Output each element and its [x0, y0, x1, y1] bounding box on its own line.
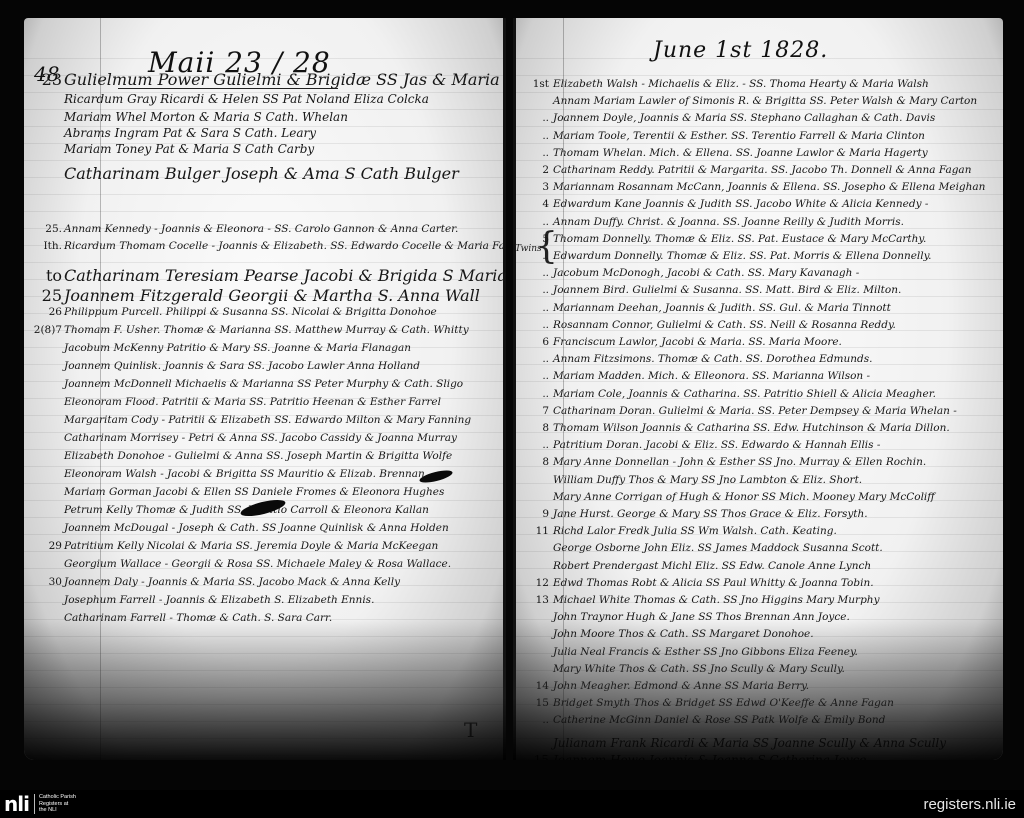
entry-text: Joannem McDougal - Joseph & Cath. SS Joa…	[64, 522, 449, 534]
entry-text: Thomam F. Usher. Thomæ & Marianna SS. Ma…	[64, 324, 469, 336]
entry-text: Elizabeth Walsh - Michaelis & Eliz. - SS…	[553, 78, 929, 90]
entry-text: Julia Neal Francis & Esther SS Jno Gibbo…	[553, 646, 858, 658]
register-entry: 29Patritium Kelly Nicolai & Maria SS. Je…	[24, 540, 506, 560]
entry-text: Joannem Daly - Joannis & Maria SS. Jacob…	[64, 576, 400, 588]
entry-text: Edwardum Kane Joannis & Judith SS. Jacob…	[553, 198, 928, 210]
entry-text: Catharinam Farrell - Thomæ & Cath. S. Sa…	[64, 612, 332, 624]
register-entry: 8Thomam Wilson Joannis & Catharina SS. E…	[513, 422, 1003, 440]
register-entry: George Osborne John Eliz. SS James Maddo…	[513, 542, 1003, 560]
entry-day-number: 13	[519, 594, 549, 606]
register-entry: Julianam Frank Ricardi & Maria SS Joanne…	[513, 736, 1003, 754]
entry-text: Catharinam Teresiam Pearse Jacobi & Brig…	[64, 266, 506, 285]
entry-text: Ricardum Thomam Cocelle - Joannis & Eliz…	[64, 240, 506, 252]
entry-text: Ricardum Gray Ricardi & Helen SS Pat Nol…	[64, 92, 429, 106]
entry-text: Annam Fitzsimons. Thomæ & Cath. SS. Doro…	[553, 353, 873, 365]
register-entry: 26Philippum Purcell. Philippi & Susanna …	[24, 306, 506, 326]
register-entry: Julia Neal Francis & Esther SS Jno Gibbo…	[513, 646, 1003, 664]
register-entry: Mary Anne Corrigan of Hugh & Honor SS Mi…	[513, 491, 1003, 509]
entry-text: Elizabeth Donohoe - Gulielmi & Anna SS. …	[64, 450, 452, 462]
entry-day-number: ..	[519, 112, 549, 124]
entry-day-number: 25.	[28, 223, 62, 235]
register-entry: Jacobum McKenny Patritio & Mary SS. Joan…	[24, 342, 506, 362]
entry-text: Mariam Gorman Jacobi & Ellen SS Daniele …	[64, 486, 444, 498]
register-entry: 13Michael White Thomas & Cath. SS Jno Hi…	[513, 594, 1003, 612]
entry-day-number: 1st	[519, 78, 549, 90]
entry-day-number: 14	[519, 680, 549, 692]
register-entry: ..Mariam Toole, Terentii & Esther. SS. T…	[513, 130, 1003, 148]
entry-text: John Traynor Hugh & Jane SS Thos Brennan…	[553, 611, 850, 623]
entry-text: Joannem Fitzgerald Georgii & Martha S. A…	[64, 286, 480, 305]
entry-day-number: Ith.	[28, 240, 62, 252]
entry-day-number: 8	[519, 456, 549, 468]
entry-day-number: ..	[519, 714, 549, 726]
entry-text: John Meagher. Edmond & Anne SS Maria Ber…	[553, 680, 809, 692]
entry-day-number: 2(8)7	[28, 324, 62, 336]
register-entry: ..Mariannam Deehan, Joannis & Judith. SS…	[513, 302, 1003, 320]
entry-day-number: 9	[519, 508, 549, 520]
entry-day-number: ..	[519, 370, 549, 382]
register-entry: 5Thomam Donnelly. Thomæ & Eliz. SS. Pat.…	[513, 233, 1003, 251]
entry-day-number: 25	[28, 286, 62, 305]
entry-text: Catherine McGinn Daniel & Rose SS Patk W…	[553, 714, 885, 726]
entry-text: George Osborne John Eliz. SS James Maddo…	[553, 542, 883, 554]
brand-name: Catholic Parish Registers at the NLI	[39, 794, 99, 814]
ruled-line	[24, 194, 506, 195]
entry-day-number: 2	[519, 164, 549, 176]
register-entry: Ith.Ricardum Thomam Cocelle - Joannis & …	[24, 240, 506, 260]
entry-text: Richd Lalor Fredk Julia SS Wm Walsh. Cat…	[553, 525, 837, 537]
register-entry: ..Thomam Whelan. Mich. & Ellena. SS. Joa…	[513, 147, 1003, 165]
entry-text: Mariannam Rosannam McCann, Joannis & Ell…	[553, 181, 985, 193]
entry-day-number: ..	[519, 267, 549, 279]
entry-text: John Moore Thos & Cath. SS Margaret Dono…	[553, 628, 814, 640]
pencil-mark: T	[464, 718, 477, 742]
register-entry: ..Annam Fitzsimons. Thomæ & Cath. SS. Do…	[513, 353, 1003, 371]
register-entry: John Moore Thos & Cath. SS Margaret Dono…	[513, 628, 1003, 646]
entry-text: Margaritam Cody - Patritii & Elizabeth S…	[64, 414, 471, 426]
nli-brand[interactable]: nli Catholic Parish Registers at the NLI	[0, 790, 99, 818]
register-entry: 3Mariannam Rosannam McCann, Joannis & El…	[513, 181, 1003, 199]
ruled-line	[24, 687, 506, 688]
register-entry: Catharinam Farrell - Thomæ & Cath. S. Sa…	[24, 612, 506, 632]
entry-text: Jacobum McDonogh, Jacobi & Cath. SS. Mar…	[553, 267, 859, 279]
entry-text: Joannem Howe Joannis & Joanna S Catherin…	[553, 753, 866, 760]
entry-text: Mariam Cole, Joannis & Catharina. SS. Pa…	[553, 388, 936, 400]
entry-text: Thomam Wilson Joannis & Catharina SS. Ed…	[553, 422, 950, 434]
register-entry: Elizabeth Donohoe - Gulielmi & Anna SS. …	[24, 450, 506, 470]
ruled-line	[24, 755, 506, 756]
entry-text: Joannem Bird. Gulielmi & Susanna. SS. Ma…	[553, 284, 901, 296]
entry-text: Catharinam Morrisey - Petri & Anna SS. J…	[64, 432, 457, 444]
register-page-right: June 1st 1828. Twins { 1stElizabeth Wals…	[513, 18, 1003, 760]
register-entry: toCatharinam Teresiam Pearse Jacobi & Br…	[24, 266, 506, 286]
ruled-line	[24, 704, 506, 705]
register-entry: 6Franciscum Lawlor, Jacobi & Maria. SS. …	[513, 336, 1003, 354]
entry-text: Mary Anne Donnellan - John & Esther SS J…	[553, 456, 926, 468]
ruled-line	[24, 721, 506, 722]
entry-text: Mariannam Deehan, Joannis & Judith. SS. …	[553, 302, 891, 314]
register-entry: 30Joannem Daly - Joannis & Maria SS. Jac…	[24, 576, 506, 596]
register-entry: ..Annam Duffy. Christ. & Joanna. SS. Joa…	[513, 216, 1003, 234]
register-entry: 15Bridget Smyth Thos & Bridget SS Edwd O…	[513, 697, 1003, 715]
register-entry: ..Joannem Doyle, Joannis & Maria SS. Ste…	[513, 112, 1003, 130]
entry-day-number: ..	[519, 250, 549, 262]
entry-day-number: ..	[519, 439, 549, 451]
entry-text: Joannem Doyle, Joannis & Maria SS. Steph…	[553, 112, 935, 124]
page-heading-date: June 1st 1828.	[653, 38, 828, 63]
entry-day-number: 23	[28, 70, 62, 89]
register-entry: 2Catharinam Reddy. Patritii & Margarita.…	[513, 164, 1003, 182]
entry-day-number: 5	[519, 233, 549, 245]
register-entry: 12Edwd Thomas Robt & Alicia SS Paul Whit…	[513, 577, 1003, 595]
register-entry: 11Richd Lalor Fredk Julia SS Wm Walsh. C…	[513, 525, 1003, 543]
register-entry: Mary White Thos & Cath. SS Jno Scully & …	[513, 663, 1003, 681]
entry-text: Rosannam Connor, Gulielmi & Cath. SS. Ne…	[553, 319, 896, 331]
register-entry: Josephum Farrell - Joannis & Elizabeth S…	[24, 594, 506, 614]
entry-text: Thomam Whelan. Mich. & Ellena. SS. Joann…	[553, 147, 928, 159]
ruled-line	[24, 262, 506, 263]
entry-text: Catharinam Doran. Gulielmi & Maria. SS. …	[553, 405, 957, 417]
register-entry: ..Patritium Doran. Jacobi & Eliz. SS. Ed…	[513, 439, 1003, 457]
entry-text: Jane Hurst. George & Mary SS Thos Grace …	[553, 508, 868, 520]
entry-text: Jacobum McKenny Patritio & Mary SS. Joan…	[64, 342, 411, 354]
entry-text: Thomam Donnelly. Thomæ & Eliz. SS. Pat. …	[553, 233, 926, 245]
entry-day-number: 4	[519, 198, 549, 210]
entry-text: Patritium Kelly Nicolai & Maria SS. Jere…	[64, 540, 438, 552]
register-entry: Mariam Toney Pat & Maria S Cath Carby	[24, 142, 506, 162]
register-entry: Joannem McDougal - Joseph & Cath. SS Joa…	[24, 522, 506, 542]
entry-day-number: ..	[519, 319, 549, 331]
entry-text: Catharinam Bulger Joseph & Ama S Cath Bu…	[64, 164, 459, 183]
entry-day-number: ..	[519, 147, 549, 159]
entry-day-number: 15	[519, 753, 549, 760]
entry-day-number: 15	[519, 697, 549, 709]
entry-day-number: 8	[519, 422, 549, 434]
entry-text: Joannem McDonnell Michaelis & Marianna S…	[64, 378, 463, 390]
entry-text: Gulielmum Power Gulielmi & Brigidæ SS Ja…	[64, 70, 506, 89]
site-url-link[interactable]: registers.nli.ie	[923, 796, 1024, 813]
register-entry: 4Edwardum Kane Joannis & Judith SS. Jaco…	[513, 198, 1003, 216]
entry-day-number: ..	[519, 302, 549, 314]
register-entry: Catharinam Morrisey - Petri & Anna SS. J…	[24, 432, 506, 452]
entry-day-number: 11	[519, 525, 549, 537]
entry-day-number: 12	[519, 577, 549, 589]
entry-text: Mariam Madden. Mich. & Elleonora. SS. Ma…	[553, 370, 870, 382]
register-entry: ..Mariam Madden. Mich. & Elleonora. SS. …	[513, 370, 1003, 388]
entry-text: Abrams Ingram Pat & Sara S Cath. Leary	[64, 126, 316, 140]
entry-text: Georgium Wallace - Georgii & Rosa SS. Mi…	[64, 558, 451, 570]
entry-day-number: ..	[519, 388, 549, 400]
entry-text: Mariam Toole, Terentii & Esther. SS. Ter…	[553, 130, 925, 142]
register-entry: 7Catharinam Doran. Gulielmi & Maria. SS.…	[513, 405, 1003, 423]
entry-day-number: to	[28, 266, 62, 285]
ruled-line	[24, 653, 506, 654]
entry-day-number: 29	[28, 540, 62, 552]
entry-text: Annam Mariam Lawler of Simonis R. & Brig…	[553, 95, 977, 107]
ruled-line	[24, 670, 506, 671]
viewer-footer: nli Catholic Parish Registers at the NLI…	[0, 790, 1024, 818]
entry-text: Eleonoram Flood. Patritii & Maria SS. Pa…	[64, 396, 441, 408]
ruled-line	[24, 636, 506, 637]
register-entry: Joannem Quinlisk. Joannis & Sara SS. Jac…	[24, 360, 506, 380]
entry-day-number: 26	[28, 306, 62, 318]
brand-divider	[34, 794, 35, 814]
entry-text: Mary Anne Corrigan of Hugh & Honor SS Mi…	[553, 491, 935, 503]
register-entry: 15Joannem Howe Joannis & Joanna S Cather…	[513, 753, 1003, 760]
entry-text: Robert Prendergast Michl Eliz. SS Edw. C…	[553, 560, 871, 572]
register-entry: Georgium Wallace - Georgii & Rosa SS. Mi…	[24, 558, 506, 578]
ruled-line	[513, 75, 1003, 76]
entry-text: Edwardum Donnelly. Thomæ & Eliz. SS. Pat…	[553, 250, 932, 262]
entry-day-number: ..	[519, 216, 549, 228]
image-viewer[interactable]: 48 Maii 23 / 28 23Gulielmum Power Guliel…	[0, 0, 1024, 790]
register-entry: 9Jane Hurst. George & Mary SS Thos Grace…	[513, 508, 1003, 526]
entry-text: Bridget Smyth Thos & Bridget SS Edwd O'K…	[553, 697, 894, 709]
entry-text: Mary White Thos & Cath. SS Jno Scully & …	[553, 663, 845, 675]
register-entry: Annam Mariam Lawler of Simonis R. & Brig…	[513, 95, 1003, 113]
entry-text: Eleonoram Walsh - Jacobi & Brigitta SS M…	[64, 468, 425, 480]
register-entry: Joannem McDonnell Michaelis & Marianna S…	[24, 378, 506, 398]
register-entry: Catharinam Bulger Joseph & Ama S Cath Bu…	[24, 164, 506, 184]
entry-text: Annam Kennedy - Joannis & Eleonora - SS.…	[64, 223, 458, 235]
register-entry: ..Joannem Bird. Gulielmi & Susanna. SS. …	[513, 284, 1003, 302]
register-entry: 2(8)7Thomam F. Usher. Thomæ & Marianna S…	[24, 324, 506, 344]
register-entry: John Traynor Hugh & Jane SS Thos Brennan…	[513, 611, 1003, 629]
register-entry: 25Joannem Fitzgerald Georgii & Martha S.…	[24, 286, 506, 306]
entry-text: Franciscum Lawlor, Jacobi & Maria. SS. M…	[553, 336, 842, 348]
register-entry: Robert Prendergast Michl Eliz. SS Edw. C…	[513, 560, 1003, 578]
entry-text: Annam Duffy. Christ. & Joanna. SS. Joann…	[553, 216, 904, 228]
register-entry: ..Rosannam Connor, Gulielmi & Cath. SS. …	[513, 319, 1003, 337]
register-entry: Ricardum Gray Ricardi & Helen SS Pat Nol…	[24, 92, 506, 112]
register-entry: Eleonoram Flood. Patritii & Maria SS. Pa…	[24, 396, 506, 416]
entry-text: Patritium Doran. Jacobi & Eliz. SS. Edwa…	[553, 439, 880, 451]
entry-day-number: 6	[519, 336, 549, 348]
register-entry: ..Mariam Cole, Joannis & Catharina. SS. …	[513, 388, 1003, 406]
register-page-left: 48 Maii 23 / 28 23Gulielmum Power Guliel…	[24, 18, 506, 760]
register-entry: 8Mary Anne Donnellan - John & Esther SS …	[513, 456, 1003, 474]
register-entry: ..Jacobum McDonogh, Jacobi & Cath. SS. M…	[513, 267, 1003, 285]
entry-day-number: 30	[28, 576, 62, 588]
register-entry: ..Catherine McGinn Daniel & Rose SS Patk…	[513, 714, 1003, 732]
entry-text: Julianam Frank Ricardi & Maria SS Joanne…	[553, 736, 946, 750]
entry-text: Josephum Farrell - Joannis & Elizabeth S…	[64, 594, 374, 606]
entry-day-number: 3	[519, 181, 549, 193]
register-entry: 1stElizabeth Walsh - Michaelis & Eliz. -…	[513, 78, 1003, 96]
entry-day-number: ..	[519, 353, 549, 365]
register-entry: 23Gulielmum Power Gulielmi & Brigidæ SS …	[24, 70, 506, 90]
entry-text: Edwd Thomas Robt & Alicia SS Paul Whitty…	[553, 577, 874, 589]
entry-text: Michael White Thomas & Cath. SS Jno Higg…	[553, 594, 880, 606]
entry-text: Joannem Quinlisk. Joannis & Sara SS. Jac…	[64, 360, 420, 372]
entry-text: Mariam Toney Pat & Maria S Cath Carby	[64, 142, 314, 156]
entry-day-number: ..	[519, 130, 549, 142]
register-entry: ..Edwardum Donnelly. Thomæ & Eliz. SS. P…	[513, 250, 1003, 268]
entry-text: William Duffy Thos & Mary SS Jno Lambton…	[553, 474, 862, 486]
entry-text: Catharinam Reddy. Patritii & Margarita. …	[553, 164, 971, 176]
register-entry: William Duffy Thos & Mary SS Jno Lambton…	[513, 474, 1003, 492]
entry-day-number: ..	[519, 284, 549, 296]
ruled-line	[24, 738, 506, 739]
ruled-line	[24, 211, 506, 212]
nli-logo: nli	[4, 793, 29, 815]
entry-text: Mariam Whel Morton & Maria S Cath. Whela…	[64, 110, 348, 124]
entry-day-number: 7	[519, 405, 549, 417]
register-entry: 14John Meagher. Edmond & Anne SS Maria B…	[513, 680, 1003, 698]
register-entry: Margaritam Cody - Patritii & Elizabeth S…	[24, 414, 506, 434]
entry-text: Philippum Purcell. Philippi & Susanna SS…	[64, 306, 437, 318]
